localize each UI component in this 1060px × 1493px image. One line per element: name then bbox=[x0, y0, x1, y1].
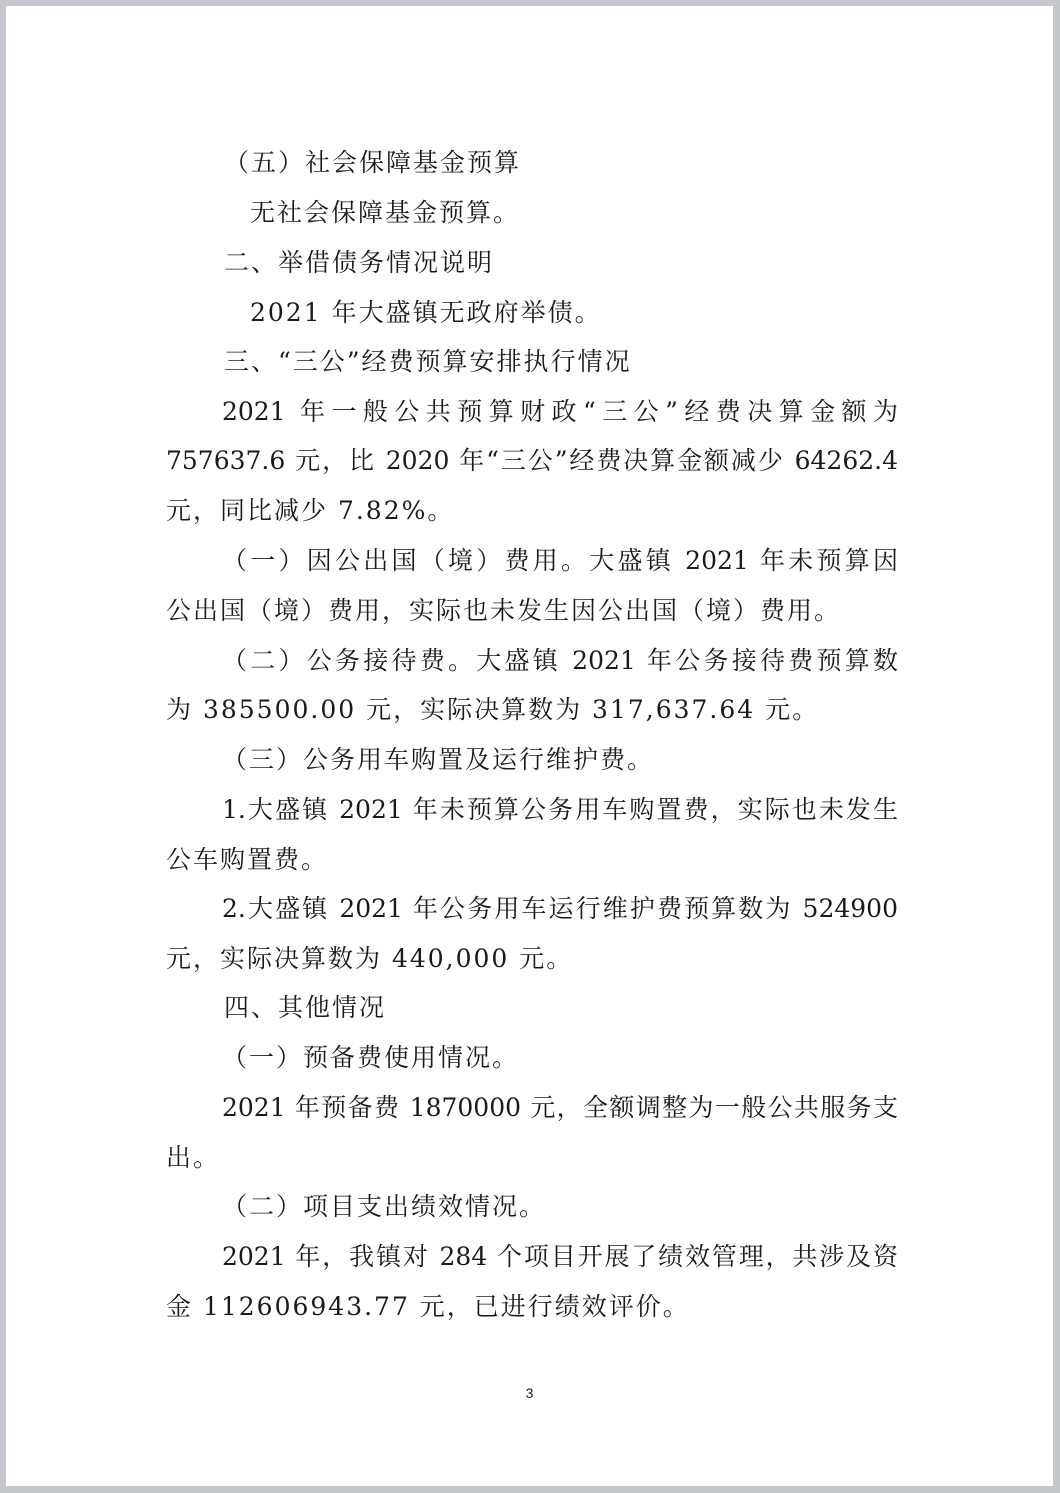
paragraph-vehicle-maintenance-line1: 2.大盛镇 2021 年公务用车运行维护费预算数为 524900 bbox=[222, 894, 898, 924]
paragraph-three-public-line1: 2021 年一般公共预算财政“三公”经费决算金额为 bbox=[222, 397, 898, 427]
paragraph-three-public-line3: 元，同比减少 7.82%。 bbox=[166, 496, 454, 526]
section-heading-debt: 二、举借债务情况说明 bbox=[224, 248, 494, 278]
document-page: （五）社会保障基金预算 无社会保障基金预算。 二、举借债务情况说明 2021 年… bbox=[6, 6, 1053, 1486]
section-heading-social-security-fund: （五）社会保障基金预算 bbox=[224, 148, 521, 178]
paragraph-vehicle-purchase-line1: 1.大盛镇 2021 年未预算公务用车购置费，实际也未发生 bbox=[222, 795, 898, 825]
paragraph-vehicle-maintenance-line2: 元，实际决算数为 440,000 元。 bbox=[166, 944, 573, 974]
paragraph-no-social-security-fund: 无社会保障基金预算。 bbox=[250, 198, 520, 228]
paragraph-three-public-line2: 757637.6 元，比 2020 年“三公”经费决算金额减少 64262.4 bbox=[166, 446, 898, 476]
paragraph-overseas-line1: （一）因公出国（境）费用。大盛镇 2021 年未预算因 bbox=[222, 546, 898, 576]
paragraph-vehicle-purchase-line2: 公车购置费。 bbox=[166, 845, 328, 875]
paragraph-no-debt: 2021 年大盛镇无政府举债。 bbox=[250, 298, 602, 328]
paragraph-reserve-fund-line2: 出。 bbox=[166, 1143, 220, 1173]
section-heading-three-public-expenses: 三、“三公”经费预算安排执行情况 bbox=[224, 347, 632, 377]
paragraph-reserve-fund-line1: 2021 年预备费 1870000 元，全额调整为一般公共服务支 bbox=[222, 1093, 898, 1123]
paragraph-performance-line1: 2021 年，我镇对 284 个项目开展了绩效管理，共涉及资 bbox=[222, 1242, 898, 1272]
subheading-vehicles: （三）公务用车购置及运行维护费。 bbox=[222, 745, 654, 775]
section-heading-other: 四、其他情况 bbox=[224, 993, 386, 1023]
subheading-reserve-fund: （一）预备费使用情况。 bbox=[222, 1043, 519, 1073]
subheading-performance: （二）项目支出绩效情况。 bbox=[222, 1192, 546, 1222]
paragraph-performance-line2: 金 112606943.77 元，已进行绩效评价。 bbox=[166, 1292, 690, 1322]
paragraph-reception-line2: 为 385500.00 元，实际决算数为 317,637.64 元。 bbox=[166, 695, 819, 725]
page-number: 3 bbox=[6, 1385, 1053, 1401]
paragraph-reception-line1: （二）公务接待费。大盛镇 2021 年公务接待费预算数 bbox=[222, 646, 898, 676]
paragraph-overseas-line2: 公出国（境）费用，实际也未发生因公出国（境）费用。 bbox=[166, 596, 841, 626]
